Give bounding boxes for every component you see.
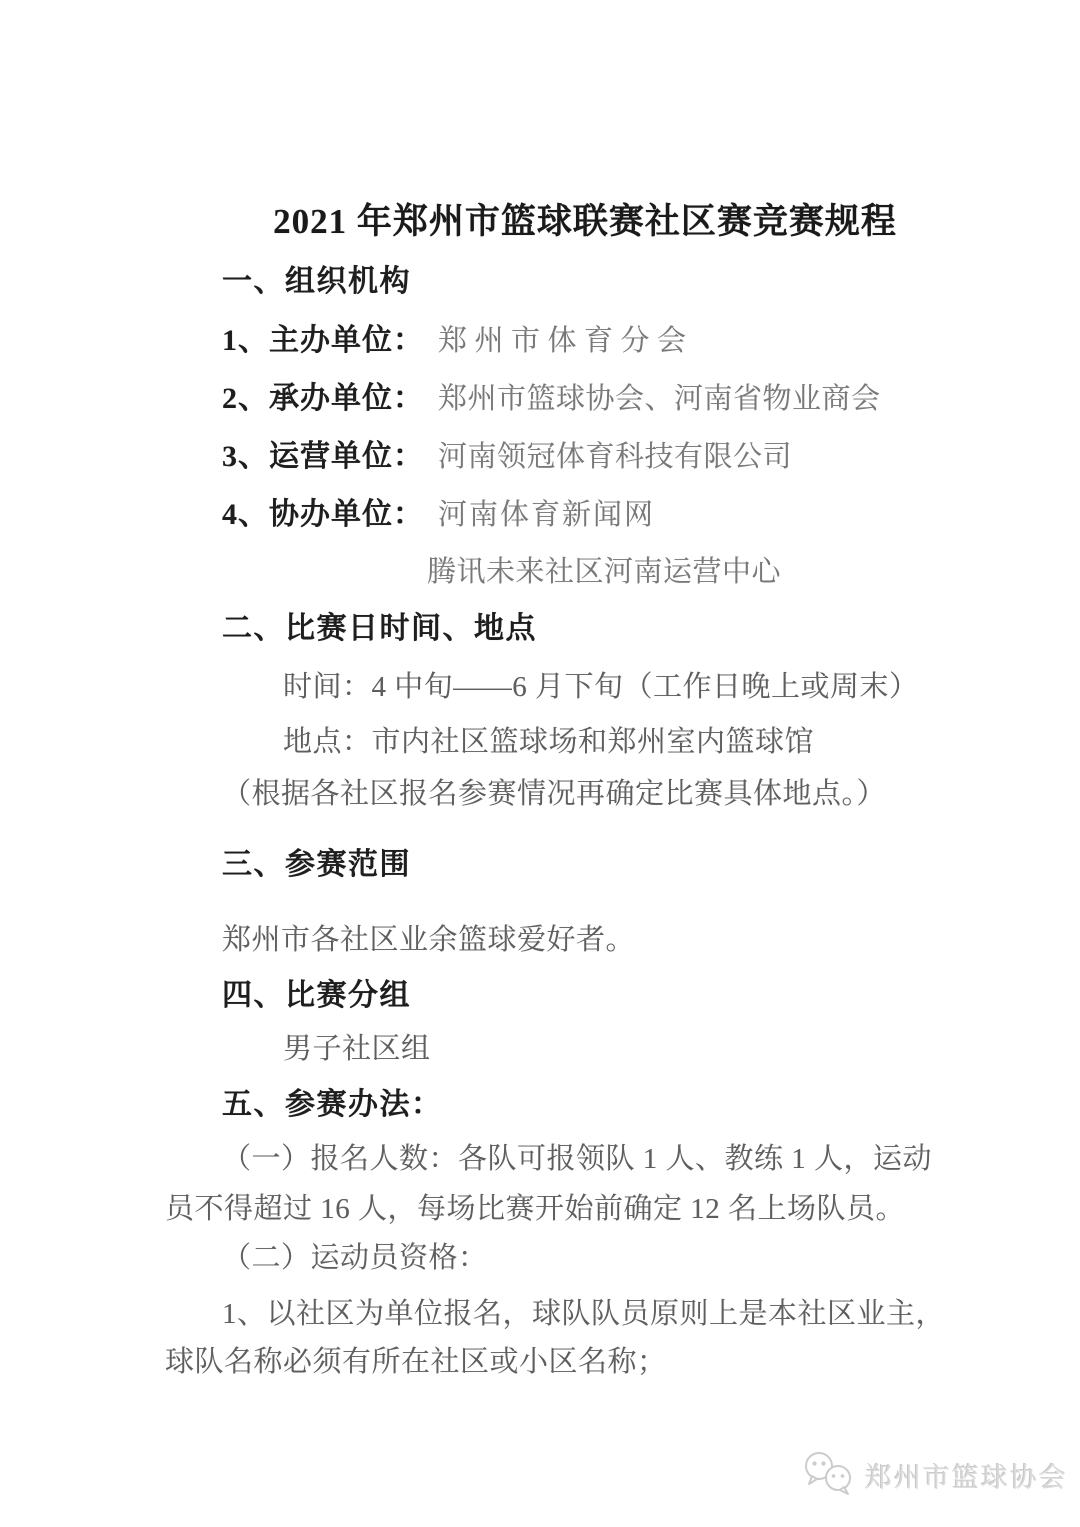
list-item-operator: 3、运营单位：河南领冠体育科技有限公司 xyxy=(222,436,792,478)
body-line-scope: 郑州市各社区业余篮球爱好者。 xyxy=(222,919,635,961)
body-line-place: 地点：市内社区篮球场和郑州室内篮球馆 xyxy=(283,721,814,763)
item-value: 郑州市篮球协会、河南省物业商会 xyxy=(438,383,881,415)
item-label: 2、承办单位： xyxy=(222,382,424,415)
body-line-registration-1: （一）报名人数：各队可报领队 1 人、教练 1 人，运动 xyxy=(222,1138,932,1180)
section-heading-5: 五、参赛办法： xyxy=(222,1084,443,1126)
document-page: 2021 年郑州市篮球联赛社区赛竞赛规程 一、组织机构 1、主办单位：郑州市体育… xyxy=(0,0,1080,1527)
item-label: 4、协办单位： xyxy=(222,498,424,531)
body-line-note: （根据各社区报名参赛情况再确定比赛具体地点。） xyxy=(222,773,886,815)
section-heading-label: 三、参赛范围 xyxy=(222,848,411,881)
watermark-text: 郑州市篮球协会 xyxy=(865,1456,1068,1495)
body-line-time: 时间：4 中旬——6 月下旬（工作日晚上或周末） xyxy=(283,666,919,708)
section-heading-label: 一、组织机构 xyxy=(222,265,411,298)
item-value: 河南领冠体育科技有限公司 xyxy=(438,441,792,473)
item-label: 1、主办单位： xyxy=(222,324,424,357)
list-item-organizer: 2、承办单位：郑州市篮球协会、河南省物业商会 xyxy=(222,378,881,420)
section-heading-1: 一、组织机构 xyxy=(222,261,411,303)
section-heading-3: 三、参赛范围 xyxy=(222,844,411,886)
section-heading-label: 五、参赛办法： xyxy=(222,1088,443,1121)
list-item-co-organizer: 4、协办单位：河南体育新闻网 xyxy=(222,494,655,536)
section-heading-4: 四、比赛分组 xyxy=(222,975,411,1017)
item-value: 郑州市体育分会 xyxy=(438,325,694,357)
wechat-icon xyxy=(803,1449,857,1501)
section-heading-2: 二、比赛日时间、地点 xyxy=(222,608,537,650)
doc-title: 2021 年郑州市篮球联赛社区赛竞赛规程 xyxy=(0,198,1080,246)
body-line: 腾讯未来社区河南运营中心 xyxy=(427,551,781,593)
item-value: 河南体育新闻网 xyxy=(438,499,655,531)
body-line-registration-2: 员不得超过 16 人，每场比赛开始前确定 12 名上场队员。 xyxy=(165,1188,905,1230)
section-heading-label: 四、比赛分组 xyxy=(222,979,411,1012)
wechat-watermark: 郑州市篮球协会 xyxy=(803,1446,1068,1504)
body-line-rule-1a: 1、以社区为单位报名，球队队员原则上是本社区业主， xyxy=(222,1293,945,1335)
body-line-qualification: （二）运动员资格： xyxy=(222,1237,488,1279)
list-item-host: 1、主办单位：郑州市体育分会 xyxy=(222,320,694,362)
section-heading-label: 二、比赛日时间、地点 xyxy=(222,612,537,645)
body-line-rule-1b: 球队名称必须有所在社区或小区名称； xyxy=(165,1341,667,1383)
body-line-group: 男子社区组 xyxy=(283,1028,431,1070)
item-label: 3、运营单位： xyxy=(222,440,424,473)
